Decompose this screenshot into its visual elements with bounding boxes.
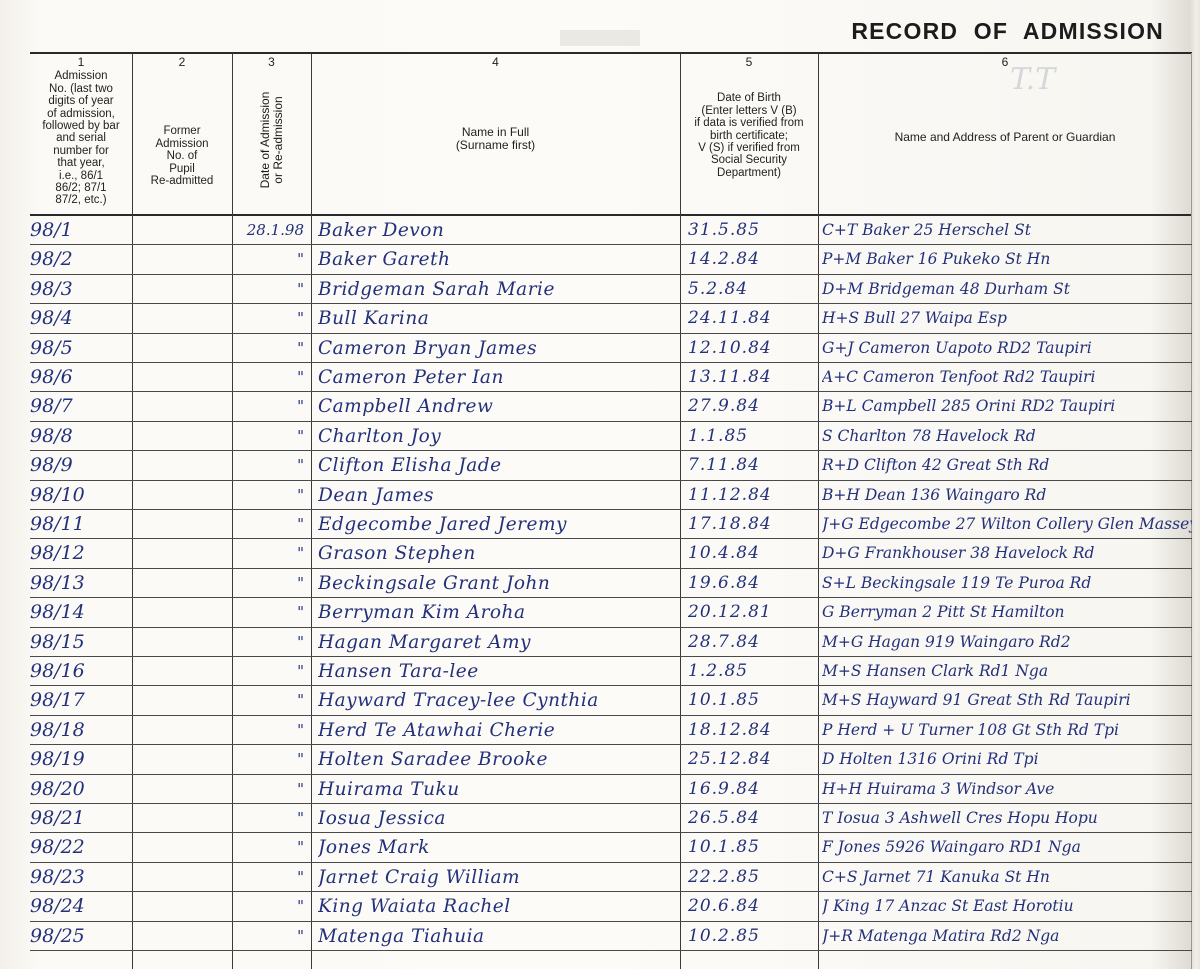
admission-no: 98/21: [30, 803, 130, 832]
date-admitted: 28.1.98: [236, 215, 310, 244]
header-label-line: No. of: [132, 150, 232, 162]
date-of-birth: 27.9.84: [688, 391, 816, 420]
parent-address: A+C Cameron Tenfoot Rd2 Taupiri: [822, 362, 1192, 391]
parent-address: B+H Dean 136 Waingaro Rd: [822, 480, 1192, 509]
header-label-line: Social Security: [680, 154, 818, 166]
parent-address: G+J Cameron Uapoto RD2 Taupiri: [822, 333, 1192, 362]
parent-address: M+S Hansen Clark Rd1 Nga: [822, 656, 1192, 685]
date-admitted: ": [236, 627, 310, 656]
parent-address: C+T Baker 25 Herschel St: [822, 215, 1192, 244]
date-of-birth: 20.6.84: [688, 891, 816, 920]
header-label-line: if data is verified from: [680, 117, 818, 129]
parent-address: G Berryman 2 Pitt St Hamilton: [822, 597, 1192, 626]
header-label-line: Department): [680, 167, 818, 179]
pupil-name: Edgecombe Jared Jeremy: [318, 509, 678, 538]
pupil-name: Matenga Tiahuia: [318, 921, 678, 950]
table-row: 98/128.1.98Baker Devon31.5.85C+T Baker 2…: [0, 215, 1192, 244]
pupil-name: Dean James: [318, 480, 678, 509]
pupil-name: Campbell Andrew: [318, 391, 678, 420]
table-row: 98/14"Berryman Kim Aroha20.12.81G Berrym…: [0, 597, 1192, 626]
admission-no: 98/12: [30, 538, 130, 567]
admission-no: 98/5: [30, 333, 130, 362]
header-label-line: Pupil: [132, 163, 232, 175]
date-of-birth: 31.5.85: [688, 215, 816, 244]
parent-address: R+D Clifton 42 Great Sth Rd: [822, 450, 1192, 479]
date-admitted: ": [236, 333, 310, 362]
date-of-birth: 7.11.84: [688, 450, 816, 479]
date-of-birth: 11.12.84: [688, 480, 816, 509]
table-row: 98/12"Grason Stephen10.4.84D+G Frankhous…: [0, 538, 1192, 567]
header-label-line: V (S) if verified from: [680, 142, 818, 154]
date-admitted: ": [236, 774, 310, 803]
table-row: 98/22"Jones Mark10.1.85F Jones 5926 Wain…: [0, 832, 1192, 861]
header-label-line: that year,: [30, 157, 132, 169]
date-of-birth: 22.2.85: [688, 862, 816, 891]
table-row: 98/25"Matenga Tiahuia10.2.85J+R Matenga …: [0, 921, 1192, 950]
parent-address: T Iosua 3 Ashwell Cres Hopu Hopu: [822, 803, 1192, 832]
date-admitted: ": [236, 362, 310, 391]
date-of-birth: 1.2.85: [688, 656, 816, 685]
date-of-birth: 10.1.85: [688, 832, 816, 861]
table-row: 98/11"Edgecombe Jared Jeremy17.18.84J+G …: [0, 509, 1192, 538]
column-header-4: 4 Name in Full (Surname first): [311, 56, 680, 151]
date-of-birth: 18.12.84: [688, 715, 816, 744]
date-admitted: ": [236, 656, 310, 685]
admission-no: 98/20: [30, 774, 130, 803]
table-row: 98/24"King Waiata Rachel20.6.84J King 17…: [0, 891, 1192, 920]
admission-no: 98/24: [30, 891, 130, 920]
pupil-name: Bridgeman Sarah Marie: [318, 274, 678, 303]
table-row: 98/7"Campbell Andrew27.9.84B+L Campbell …: [0, 391, 1192, 420]
parent-address: P+M Baker 16 Pukeko St Hn: [822, 244, 1192, 273]
date-of-birth: 10.4.84: [688, 538, 816, 567]
parent-address: D+M Bridgeman 48 Durham St: [822, 274, 1192, 303]
admission-no: 98/6: [30, 362, 130, 391]
header-label-line: i.e., 86/1: [30, 170, 132, 182]
column-header-2-label: FormerAdmissionNo. ofPupilRe-admitted: [132, 125, 232, 187]
column-header-6: 6 Name and Address of Parent or Guardian: [818, 56, 1192, 144]
date-admitted: ": [236, 921, 310, 950]
admission-no: 98/22: [30, 832, 130, 861]
date-admitted: ": [236, 391, 310, 420]
parent-address: M+G Hagan 919 Waingaro Rd2: [822, 627, 1192, 656]
admission-no: 98/23: [30, 862, 130, 891]
admission-no: 98/10: [30, 480, 130, 509]
admission-no: 98/9: [30, 450, 130, 479]
header-label-line: Re-admitted: [132, 175, 232, 187]
parent-address: H+S Bull 27 Waipa Esp: [822, 303, 1192, 332]
parent-address: D+G Frankhouser 38 Havelock Rd: [822, 538, 1192, 567]
table-row: 98/16"Hansen Tara-lee1.2.85M+S Hansen Cl…: [0, 656, 1192, 685]
date-admitted: ": [236, 450, 310, 479]
column-header-1-label: AdmissionNo. (last twodigits of yearof a…: [30, 70, 132, 206]
table-row: 98/13"Beckingsale Grant John19.6.84S+L B…: [0, 568, 1192, 597]
date-of-birth: 10.1.85: [688, 685, 816, 714]
page-title: RECORD OF ADMISSION: [851, 18, 1164, 45]
ledger-page: RECORD OF ADMISSION T.T 1 AdmissionNo. (…: [0, 0, 1200, 969]
date-of-birth: 5.2.84: [688, 274, 816, 303]
date-admitted: ": [236, 480, 310, 509]
pupil-name: Herd Te Atawhai Cherie: [318, 715, 678, 744]
parent-address: M+S Hayward 91 Great Sth Rd Taupiri: [822, 685, 1192, 714]
admission-no: 98/14: [30, 597, 130, 626]
date-admitted: ": [236, 597, 310, 626]
date-admitted: ": [236, 509, 310, 538]
date-admitted: ": [236, 568, 310, 597]
date-of-birth: 20.12.81: [688, 597, 816, 626]
header-label-line: digits of year: [30, 95, 132, 107]
table-row: 98/9"Clifton Elisha Jade7.11.84R+D Clift…: [0, 450, 1192, 479]
parent-address: J+R Matenga Matira Rd2 Nga: [822, 921, 1192, 950]
table-row: 98/20"Huirama Tuku16.9.84H+H Huirama 3 W…: [0, 774, 1192, 803]
column-header-3: 3: [232, 56, 311, 70]
pupil-name: Huirama Tuku: [318, 774, 678, 803]
admission-no: 98/16: [30, 656, 130, 685]
pupil-name: Jones Mark: [318, 832, 678, 861]
header-label-line: 86/2; 87/1: [30, 182, 132, 194]
date-admitted: ": [236, 891, 310, 920]
admission-no: 98/19: [30, 744, 130, 773]
column-header-5-label: Date of Birth(Enter letters V (B)if data…: [680, 92, 818, 179]
date-of-birth: 13.11.84: [688, 362, 816, 391]
date-of-birth: 19.6.84: [688, 568, 816, 597]
pupil-name: Hansen Tara-lee: [318, 656, 678, 685]
date-of-birth: 10.2.85: [688, 921, 816, 950]
parent-address: F Jones 5926 Waingaro RD1 Nga: [822, 832, 1192, 861]
admission-no: 98/11: [30, 509, 130, 538]
column-header-6-label: Name and Address of Parent or Guardian: [818, 131, 1192, 143]
date-admitted: ": [236, 421, 310, 450]
date-of-birth: 14.2.84: [688, 244, 816, 273]
admission-no: 98/1: [30, 215, 130, 244]
admission-no: 98/7: [30, 391, 130, 420]
pupil-name: Cameron Peter Ian: [318, 362, 678, 391]
date-admitted: ": [236, 803, 310, 832]
pupil-name: Clifton Elisha Jade: [318, 450, 678, 479]
pupil-name: Hayward Tracey-lee Cynthia: [318, 685, 678, 714]
parent-address: P Herd + U Turner 108 Gt Sth Rd Tpi: [822, 715, 1192, 744]
table-row: 98/5"Cameron Bryan James12.10.84G+J Came…: [0, 333, 1192, 362]
bleed-through-stamp: [560, 30, 640, 46]
admission-no: 98/18: [30, 715, 130, 744]
header-label-line: of admission,: [30, 108, 132, 120]
header-label-line: Former: [132, 125, 232, 137]
admission-no: 98/17: [30, 685, 130, 714]
parent-address: H+H Huirama 3 Windsor Ave: [822, 774, 1192, 803]
pupil-name: Charlton Joy: [318, 421, 678, 450]
column-header-1: 1 AdmissionNo. (last twodigits of yearof…: [30, 56, 132, 207]
admission-no: 98/25: [30, 921, 130, 950]
header-label-line: Admission: [30, 70, 132, 82]
table-top-border: [30, 52, 1192, 54]
parent-address: D Holten 1316 Orini Rd Tpi: [822, 744, 1192, 773]
column-header-5: 5 Date of Birth(Enter letters V (B)if da…: [680, 56, 818, 179]
date-admitted: ": [236, 274, 310, 303]
pupil-name: Grason Stephen: [318, 538, 678, 567]
table-row: 98/21"Iosua Jessica26.5.84T Iosua 3 Ashw…: [0, 803, 1192, 832]
date-of-birth: 17.18.84: [688, 509, 816, 538]
admission-no: 98/4: [30, 303, 130, 332]
date-of-birth: 28.7.84: [688, 627, 816, 656]
column-header-4-label: Name in Full: [311, 126, 680, 138]
date-of-birth: 12.10.84: [688, 333, 816, 362]
date-admitted: ": [236, 744, 310, 773]
date-admitted: ": [236, 832, 310, 861]
header-label-line: (Enter letters V (B): [680, 105, 818, 117]
date-admitted: ": [236, 685, 310, 714]
table-row: 98/10"Dean James11.12.84B+H Dean 136 Wai…: [0, 480, 1192, 509]
table-row: 98/3"Bridgeman Sarah Marie5.2.84D+M Brid…: [0, 274, 1192, 303]
parent-address: S+L Beckingsale 119 Te Puroa Rd: [822, 568, 1192, 597]
table-row: 98/4"Bull Karina24.11.84H+S Bull 27 Waip…: [0, 303, 1192, 332]
pupil-name: Bull Karina: [318, 303, 678, 332]
pupil-name: Beckingsale Grant John: [318, 568, 678, 597]
pupil-name: Iosua Jessica: [318, 803, 678, 832]
table-row: 98/6"Cameron Peter Ian13.11.84A+C Camero…: [0, 362, 1192, 391]
column-header-4-sublabel: (Surname first): [311, 139, 680, 151]
column-header-2: 2 FormerAdmissionNo. ofPupilRe-admitted: [132, 56, 232, 187]
date-admitted: ": [236, 303, 310, 332]
table-row: 98/8"Charlton Joy1.1.85S Charlton 78 Hav…: [0, 421, 1192, 450]
date-of-birth: 24.11.84: [688, 303, 816, 332]
admission-no: 98/13: [30, 568, 130, 597]
header-label-line: Admission: [132, 138, 232, 150]
date-of-birth: 1.1.85: [688, 421, 816, 450]
date-admitted: ": [236, 244, 310, 273]
date-of-birth: 16.9.84: [688, 774, 816, 803]
header-label-line: followed by bar: [30, 120, 132, 132]
date-of-birth: 26.5.84: [688, 803, 816, 832]
parent-address: S Charlton 78 Havelock Rd: [822, 421, 1192, 450]
pupil-name: Jarnet Craig William: [318, 862, 678, 891]
pupil-name: Baker Gareth: [318, 244, 678, 273]
date-admitted: ": [236, 715, 310, 744]
header-label-line: and serial: [30, 132, 132, 144]
table-row: 98/18"Herd Te Atawhai Cherie18.12.84P He…: [0, 715, 1192, 744]
pupil-name: Holten Saradee Brooke: [318, 744, 678, 773]
table-row: 98/19"Holten Saradee Brooke25.12.84D Hol…: [0, 744, 1192, 773]
table-row: 98/17"Hayward Tracey-lee Cynthia10.1.85M…: [0, 685, 1192, 714]
pupil-name: Baker Devon: [318, 215, 678, 244]
date-of-birth: 25.12.84: [688, 744, 816, 773]
admission-no: 98/8: [30, 421, 130, 450]
parent-address: J King 17 Anzac St East Horotiu: [822, 891, 1192, 920]
header-label-line: birth certificate;: [680, 130, 818, 142]
table-row: 98/23"Jarnet Craig William22.2.85C+S Jar…: [0, 862, 1192, 891]
admission-no: 98/3: [30, 274, 130, 303]
pupil-name: King Waiata Rachel: [318, 891, 678, 920]
date-admitted: ": [236, 862, 310, 891]
parent-address: B+L Campbell 285 Orini RD2 Taupiri: [822, 391, 1192, 420]
pupil-name: Berryman Kim Aroha: [318, 597, 678, 626]
table-row: 98/2"Baker Gareth14.2.84P+M Baker 16 Puk…: [0, 244, 1192, 273]
table-row: 98/15"Hagan Margaret Amy28.7.84M+G Hagan…: [0, 627, 1192, 656]
header-label-line: number for: [30, 145, 132, 157]
parent-address: J+G Edgecombe 27 Wilton Collery Glen Mas…: [822, 509, 1192, 538]
header-label-line: 87/2, etc.): [30, 194, 132, 206]
admission-no: 98/15: [30, 627, 130, 656]
row-divider: [30, 950, 1192, 951]
admission-no: 98/2: [30, 244, 130, 273]
pupil-name: Hagan Margaret Amy: [318, 627, 678, 656]
header-label-line: No. (last two: [30, 83, 132, 95]
date-admitted: ": [236, 538, 310, 567]
column-header-3-label: Date of Admissionor Re-admission: [232, 70, 311, 210]
parent-address: C+S Jarnet 71 Kanuka St Hn: [822, 862, 1192, 891]
pupil-name: Cameron Bryan James: [318, 333, 678, 362]
header-label-line: Date of Birth: [680, 92, 818, 104]
